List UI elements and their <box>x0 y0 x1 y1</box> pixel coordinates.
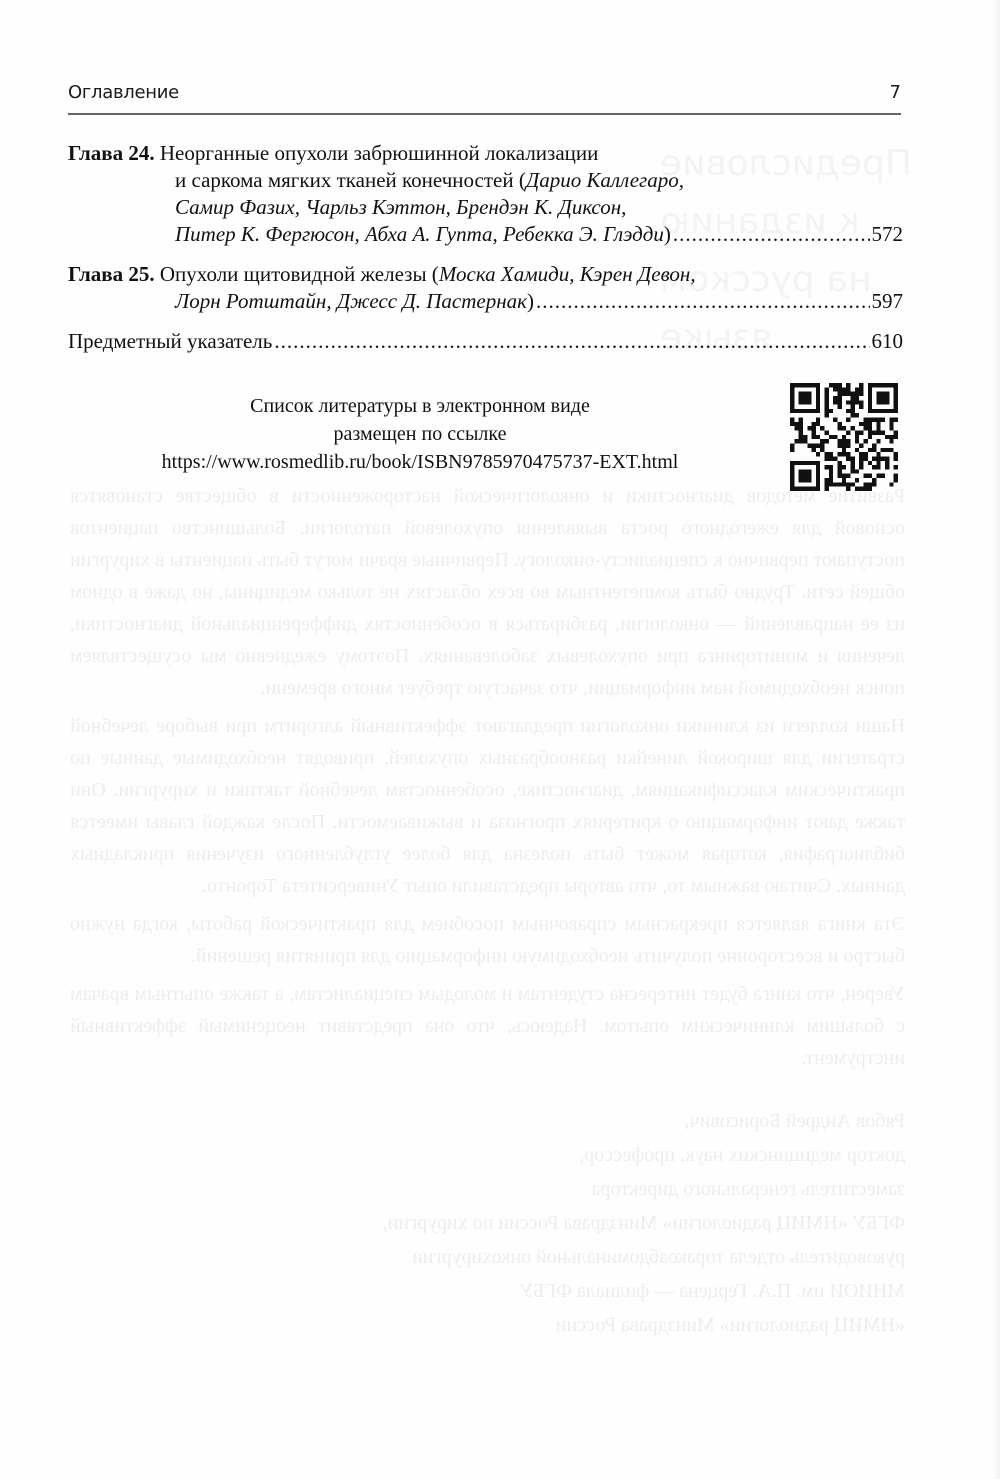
chapter-label: Глава 25. <box>68 262 155 286</box>
chapter-authors: Моска Хамиди, Кэрен Девон, <box>439 262 696 286</box>
bleed-paragraph: Развитие методов диагностики и онкологич… <box>70 480 905 704</box>
signature-line: ФГБУ «НМИЦ радиологии» Минздрава России … <box>70 1206 905 1240</box>
toc-line: Самир Фазих, Чарльз Кэттон, Брендэн К. Д… <box>68 194 903 221</box>
chapter-authors: Лорн Ротштайн, Джесс Д. Пастернак <box>175 289 527 313</box>
toc-entry-chapter-25[interactable]: Глава 25. Опухоли щитовидной железы (Мос… <box>68 261 903 315</box>
chapter-title: и саркома мягких тканей конечностей ( <box>175 168 526 192</box>
bleed-paragraph: Наши коллеги из клиники онкологии предла… <box>70 710 905 902</box>
book-page: Предисловие к изданию на русском языке О… <box>0 0 1000 1479</box>
toc-line: Предметный указатель 610 <box>68 328 903 355</box>
toc-line: Глава 25. Опухоли щитовидной железы (Мос… <box>68 261 903 288</box>
toc-line: Лорн Ротштайн, Джесс Д. Пастернак) 597 <box>68 288 903 315</box>
toc-page-number: 597 <box>872 288 904 315</box>
signature-line: руководитель отдела торакоабдоминальной … <box>70 1240 905 1274</box>
toc-line: Питер К. Фергюсон, Абха А. Гупта, Ребекк… <box>68 221 903 248</box>
header-rule <box>68 113 901 115</box>
toc-entry-subject-index[interactable]: Предметный указатель 610 <box>68 328 903 355</box>
chapter-label: Глава 24. <box>68 141 155 165</box>
signature-line: Рябов Андрей Борисович, <box>70 1104 905 1138</box>
signature-line: заместитель генерального директора <box>70 1172 905 1206</box>
page-number: 7 <box>890 82 901 103</box>
dot-leader <box>673 221 870 248</box>
chapter-authors: Дарио Каллегаро, <box>526 168 684 192</box>
references-note: Список литературы в электронном виде раз… <box>90 392 750 476</box>
index-title: Предметный указатель <box>68 328 272 355</box>
bleed-paragraph: Эта книга является прекрасным справочным… <box>70 908 905 972</box>
signature-line: МНИОИ им. П.А. Герцена — филиала ФГБУ <box>70 1274 905 1308</box>
chapter-authors: Самир Фазих, Чарльз Кэттон, Брендэн К. Д… <box>175 195 626 219</box>
chapter-title: Неорганные опухоли забрюшинной локализац… <box>160 141 599 165</box>
bleed-through-text: Развитие методов диагностики и онкологич… <box>70 480 905 1342</box>
close-paren: ) <box>527 289 534 313</box>
chapter-authors: Питер К. Фергюсон, Абха А. Гупта, Ребекк… <box>175 222 664 246</box>
toc-page-number: 610 <box>872 328 904 355</box>
bleed-paragraph: Уверен, что книга будет интересна студен… <box>70 978 905 1074</box>
table-of-contents: Глава 24. Неорганные опухоли забрюшинной… <box>68 140 903 368</box>
qr-code-graphic <box>790 383 898 491</box>
signature-line: доктор медицинских наук, профессор, <box>70 1138 905 1172</box>
dot-leader <box>536 288 870 315</box>
references-url[interactable]: https://www.rosmedlib.ru/book/ISBN978597… <box>90 448 750 476</box>
running-title: Оглавление <box>68 82 179 103</box>
toc-line: и саркома мягких тканей конечностей (Дар… <box>68 167 903 194</box>
close-paren: ) <box>664 222 671 246</box>
dot-leader <box>274 328 869 355</box>
running-head: Оглавление 7 <box>68 82 901 108</box>
toc-entry-chapter-24[interactable]: Глава 24. Неорганные опухоли забрюшинной… <box>68 140 903 248</box>
references-line-1: Список литературы в электронном виде <box>90 392 750 420</box>
toc-line: Глава 24. Неорганные опухоли забрюшинной… <box>68 140 903 167</box>
toc-page-number: 572 <box>872 221 904 248</box>
references-line-2: размещен по ссылке <box>90 420 750 448</box>
bleed-signature: Рябов Андрей Борисович, доктор медицинск… <box>70 1104 905 1342</box>
chapter-title: Опухоли щитовидной железы ( <box>160 262 439 286</box>
page-edge-shadow <box>992 0 1000 1479</box>
qr-code-icon[interactable] <box>790 383 898 491</box>
signature-line: «НМИЦ радиологии» Минздрава России <box>70 1308 905 1342</box>
